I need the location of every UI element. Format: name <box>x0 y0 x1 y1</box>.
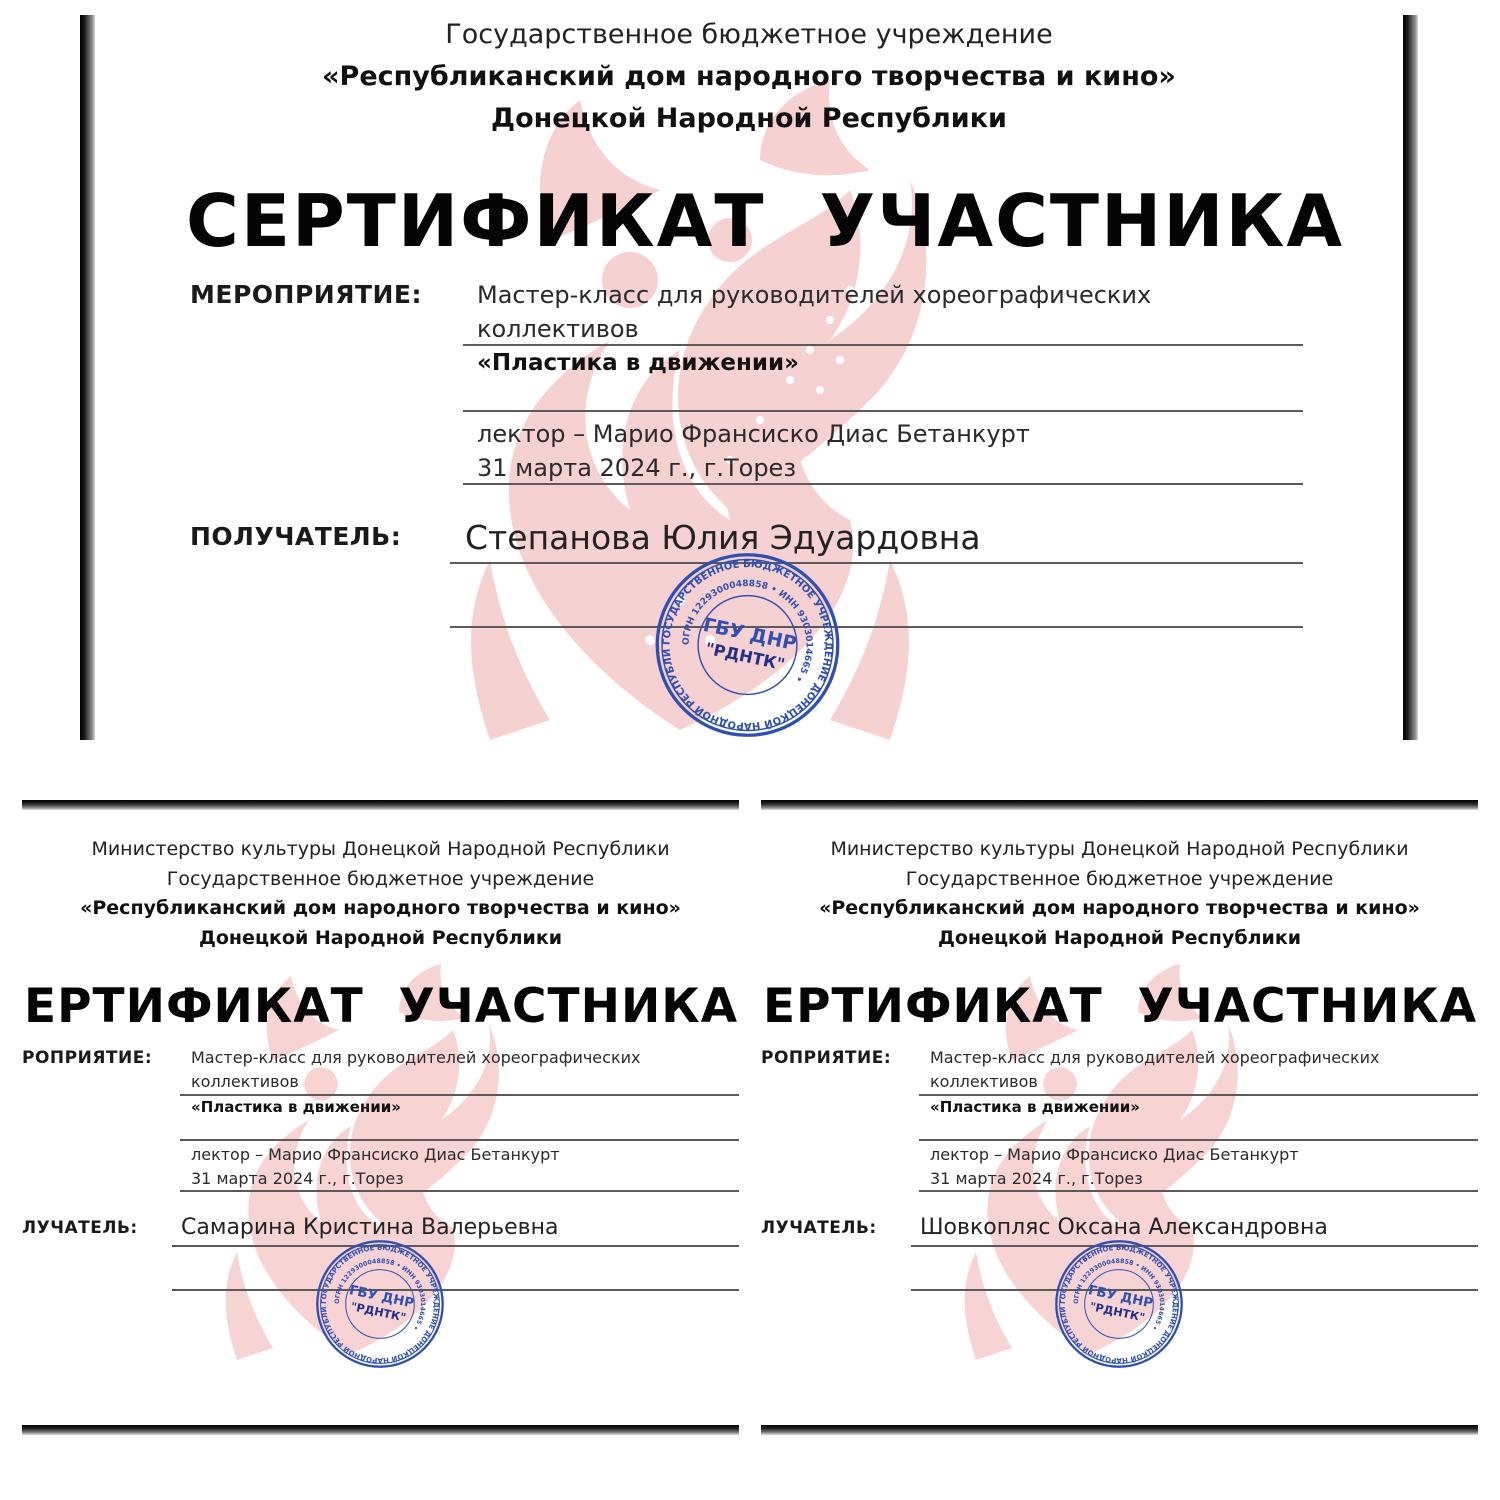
date-place: 31 марта 2024 г., г.Торез <box>191 1167 560 1191</box>
rule <box>450 626 1303 628</box>
event-details: лектор – Марио Франсиско Диас Бетанкурт … <box>477 417 1030 485</box>
event-description: Мастер-класс для руководителей хореограф… <box>930 1046 1379 1094</box>
rule <box>463 410 1303 412</box>
event-description: Мастер-класс для руководителей хореограф… <box>477 278 1151 346</box>
rule <box>463 344 1303 346</box>
event-description: Мастер-класс для руководителей хореограф… <box>191 1046 640 1094</box>
event-label: РОПРИЯТИЕ: <box>761 1048 891 1068</box>
certificate-title: СЕРТИФИКАТ УЧАСТНИКА <box>186 176 1344 266</box>
header-line: Донецкой Народной Республики <box>95 98 1403 140</box>
event-line-1: Мастер-класс для руководителей хореограф… <box>191 1046 640 1070</box>
header-line: Государственное бюджетное учреждение <box>95 14 1403 56</box>
lecturer: лектор – Марио Франсиско Диас Бетанкурт <box>477 417 1030 451</box>
header-line: «Республиканский дом народного творчеств… <box>95 56 1403 98</box>
date-place: 31 марта 2024 г., г.Торез <box>930 1167 1299 1191</box>
event-line-2: коллективов <box>477 312 1151 346</box>
lecturer: лектор – Марио Франсиско Диас Бетанкурт <box>191 1143 560 1167</box>
recipient-label: ПОЛУЧАТЕЛЬ: <box>190 522 401 551</box>
header-line: Государственное бюджетное учреждение <box>22 865 739 895</box>
rule <box>180 1094 739 1096</box>
bottom-border <box>761 1425 1478 1435</box>
header-line: Донецкой Народной Республики <box>22 924 739 954</box>
recipient-name: Шовкопляс Оксана Александровна <box>920 1215 1328 1240</box>
recipient-label: ЛУЧАТЕЛЬ: <box>761 1218 877 1238</box>
header-line: «Республиканский дом народного творчеств… <box>22 894 739 924</box>
official-stamp: ГОСУДАРСТВЕННОЕ БЮДЖЕТНОЕ УЧРЕЖДЕНИЕ ДОН… <box>650 550 845 740</box>
right-border <box>1403 15 1418 740</box>
rule <box>180 1190 739 1192</box>
header-line: «Республиканский дом народного творчеств… <box>761 894 1478 924</box>
official-stamp: ГОСУДАРСТВЕННОЕ БЮДЖЕТНОЕ УЧРЕЖДЕНИЕ ДОН… <box>312 1238 448 1370</box>
event-label: МЕРОПРИЯТИЕ: <box>190 280 422 309</box>
event-line-2: коллективов <box>191 1070 640 1094</box>
rule <box>180 1139 739 1141</box>
left-border <box>80 15 95 740</box>
recipient-name: Самарина Кристина Валерьевна <box>181 1215 558 1240</box>
certificate-bottom-left: Министерство культуры Донецкой Народной … <box>22 795 739 1445</box>
event-name: «Пластика в движении» <box>930 1098 1140 1116</box>
event-details: лектор – Марио Франсиско Диас Бетанкурт … <box>191 1143 560 1191</box>
event-line-1: Мастер-класс для руководителей хореограф… <box>930 1046 1379 1070</box>
event-line-1: Мастер-класс для руководителей хореограф… <box>477 278 1151 312</box>
date-place: 31 марта 2024 г., г.Торез <box>477 451 1030 485</box>
lecturer: лектор – Марио Франсиско Диас Бетанкурт <box>930 1143 1299 1167</box>
rule <box>919 1190 1478 1192</box>
rule <box>919 1094 1478 1096</box>
header-line: Государственное бюджетное учреждение <box>761 865 1478 895</box>
header-line: Министерство культуры Донецкой Народной … <box>761 835 1478 865</box>
event-name: «Пластика в движении» <box>191 1098 401 1116</box>
recipient-label: ЛУЧАТЕЛЬ: <box>22 1218 138 1238</box>
certificate-title: ЕРТИФИКАТ УЧАСТНИКА <box>24 977 738 1037</box>
top-border <box>22 800 739 810</box>
event-details: лектор – Марио Франсиско Диас Бетанкурт … <box>930 1143 1299 1191</box>
rule <box>919 1139 1478 1141</box>
header-line: Донецкой Народной Республики <box>761 924 1478 954</box>
bottom-border <box>22 1425 739 1435</box>
event-line-2: коллективов <box>930 1070 1379 1094</box>
official-stamp: ГОСУДАРСТВЕННОЕ БЮДЖЕТНОЕ УЧРЕЖДЕНИЕ ДОН… <box>1051 1238 1187 1370</box>
rule <box>911 1289 1478 1291</box>
event-name: «Пластика в движении» <box>477 350 799 376</box>
rule <box>172 1289 739 1291</box>
top-border <box>761 800 1478 810</box>
certificate-bottom-right: Министерство культуры Донецкой Народной … <box>761 795 1478 1445</box>
rule <box>911 1245 1478 1247</box>
header-line: Министерство культуры Донецкой Народной … <box>22 835 739 865</box>
rule <box>463 483 1303 485</box>
rule <box>172 1245 739 1247</box>
certificate-title: ЕРТИФИКАТ УЧАСТНИКА <box>763 977 1477 1037</box>
rule <box>450 562 1303 564</box>
event-label: РОПРИЯТИЕ: <box>22 1048 152 1068</box>
